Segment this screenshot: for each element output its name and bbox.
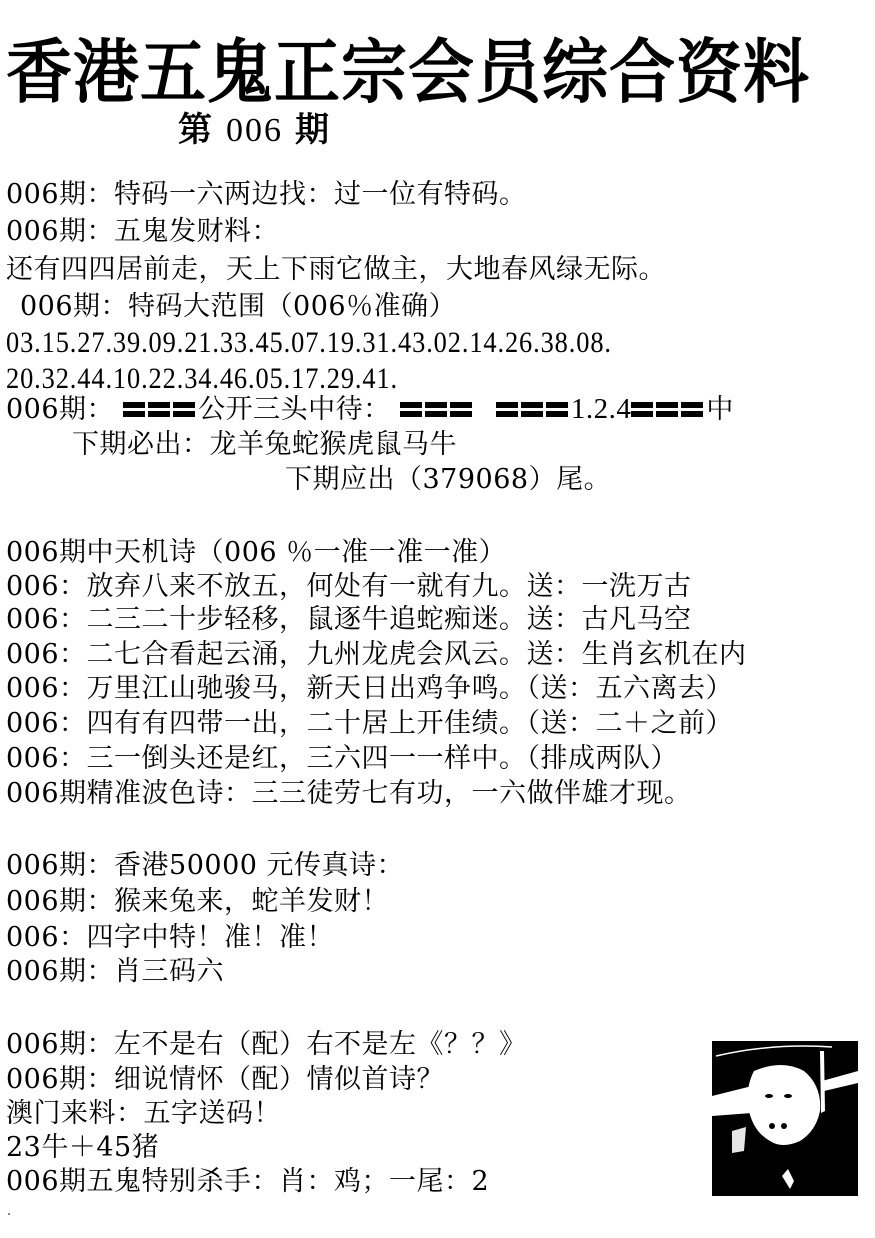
zodiac-pair-line: 23牛＋45猪 [6, 1131, 159, 1165]
riddle-line-2: 006期：细说情怀（配）情似首诗？ [6, 1063, 444, 1097]
tianji-heading: 006期中天机诗（006 ％一准一准一准） [6, 536, 506, 570]
three-heads-line: 006期： 公开三头中待： 1.2.4中 [6, 392, 734, 428]
numbers-row-2: 20.32.44.10.22.34.46.05.17.29.41. [6, 362, 398, 396]
riddle-line-1: 006期：左不是右（配）右不是左《？？》 [6, 1028, 527, 1062]
special-code-hint: 006期：特码一六两边找：过一位有特码。 [6, 178, 527, 212]
issue-suffix: 期 [295, 110, 331, 150]
tianji-line-3: 006：二七合看起云涌，九州龙虎会风云。送：生肖玄机在内 [6, 638, 747, 672]
three-heads-label: 公开三头中待： [198, 394, 391, 425]
tianji-line-6: 006：三一倒头还是红，三六四一一样中。（排成两队） [6, 742, 678, 776]
redacted-bars-3 [496, 394, 571, 428]
tianji-line-1: 006：放弃八来不放五，何处有一就有九。送：一洗万古 [6, 570, 692, 604]
redacted-bars-1 [123, 394, 198, 428]
macau-source-line: 澳门来料：五字送码！ [6, 1097, 281, 1131]
redacted-bars-2 [400, 394, 475, 428]
tianji-line-5: 006：四有有四带一出，二十居上开佳绩。（送：二＋之前） [6, 707, 733, 741]
wugui-fortune-label: 006期：五鬼发财料： [6, 215, 279, 249]
fortune-verse: 还有四四居前走，天上下雨它做主，大地春风绿无际。 [6, 253, 666, 287]
issue-number: 第006期 [178, 108, 331, 153]
special-killer-line: 006期五鬼特别杀手：肖：鸡；一尾：2 [6, 1165, 489, 1199]
scan-speck [8, 1213, 10, 1215]
wave-color-poem: 006期精准波色诗：三三徒劳七有功，一六做伴雄才现。 [6, 777, 692, 811]
issue-value: 006 [226, 112, 283, 149]
three-heads-prefix: 006期： [6, 394, 114, 425]
fax-poem-line-1: 006期：猴来兔来，蛇羊发财！ [6, 885, 389, 919]
fax-poem-line-3: 006期：肖三码六 [6, 955, 224, 989]
portrait-photo-icon [712, 1041, 858, 1196]
three-heads-value: 1.2.4 [571, 393, 632, 425]
three-heads-suffix: 中 [706, 394, 734, 425]
must-out-zodiacs: 下期必出：龙羊兔蛇猴虎鼠马牛 [72, 428, 457, 462]
tail-out-digits: 下期应出（379068）尾。 [285, 463, 611, 497]
page-title: 香港五鬼正宗会员综合资料 [6, 30, 866, 114]
redacted-bars-4 [631, 394, 706, 428]
issue-prefix: 第 [178, 110, 214, 150]
special-range-heading: 006期：特码大范围（006％准确） [20, 290, 456, 324]
numbers-row-1: 03.15.27.39.09.21.33.45.07.19.31.43.02.1… [6, 326, 612, 360]
tianji-line-2: 006：二三二十步轻移，鼠逐牛追蛇痴迷。送：古凡马空 [6, 603, 692, 637]
tianji-line-4: 006：万里江山驰骏马，新天日出鸡争鸣。（送：五六离去） [6, 672, 733, 706]
fax-poem-line-2: 006：四字中特！准！准！ [6, 921, 334, 955]
fax-poem-heading: 006期：香港50000 元传真诗： [6, 849, 404, 883]
